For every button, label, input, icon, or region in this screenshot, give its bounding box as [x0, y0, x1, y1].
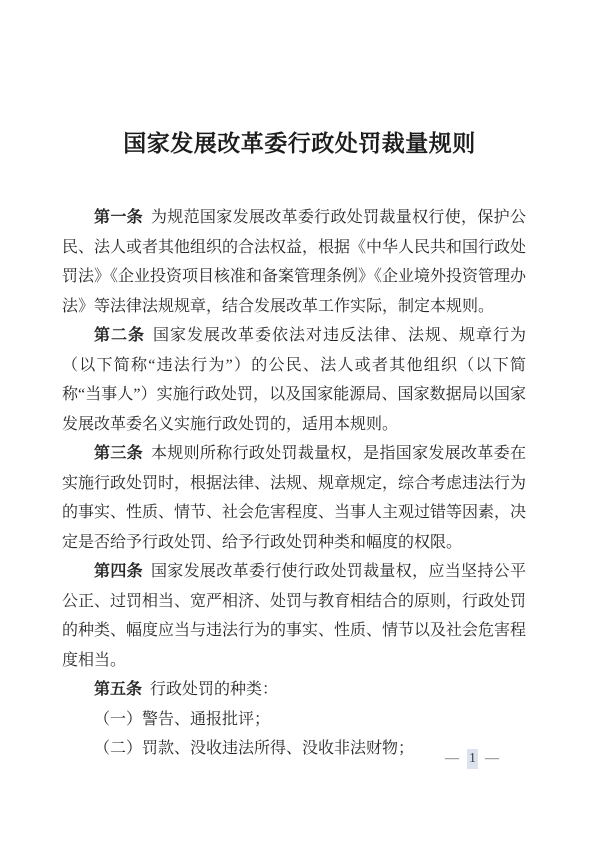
paragraph-article-1: 第一条为规范国家发展改革委行政处罚裁量权行使，保护公民、法人或者其他组织的合法权…: [62, 203, 526, 321]
page-footer: —1—: [445, 749, 500, 769]
footer-dash-left: —: [445, 751, 460, 766]
article-2-number: 第二条: [94, 327, 145, 344]
paragraph-article-3: 第三条本规则所称行政处罚裁量权，是指国家发展改革委在实施行政处罚时，根据法律、法…: [62, 439, 526, 557]
article-5-number: 第五条: [94, 681, 142, 698]
footer-dash-right: —: [485, 751, 500, 766]
paragraph-article-5: 第五条行政处罚的种类：: [62, 675, 526, 705]
article-4-number: 第四条: [94, 563, 143, 580]
document-body: 第一条为规范国家发展改革委行政处罚裁量权行使，保护公民、法人或者其他组织的合法权…: [62, 203, 526, 764]
page-number: 1: [467, 749, 478, 769]
paragraph-article-2: 第二条国家发展改革委依法对违反法律、法规、规章行为（以下简称“违法行为”）的公民…: [62, 321, 526, 439]
article-3-number: 第三条: [94, 445, 143, 462]
article-5-text: 行政处罚的种类：: [150, 681, 278, 698]
document-page: 国家发展改革委行政处罚裁量规则 第一条为规范国家发展改革委行政处罚裁量权行使，保…: [0, 0, 599, 848]
article-1-number: 第一条: [94, 209, 143, 226]
list-item-2-text: （二）罚款、没收违法所得、没收非法财物；: [94, 740, 414, 757]
list-item-1-text: （一）警告、通报批评；: [94, 711, 270, 728]
paragraph-article-4: 第四条国家发展改革委行使行政处罚裁量权，应当坚持公平公正、过罚相当、宽严相济、处…: [62, 557, 526, 675]
document-title: 国家发展改革委行政处罚裁量规则: [0, 0, 599, 159]
paragraph-list-item-1: （一）警告、通报批评；: [62, 705, 526, 735]
